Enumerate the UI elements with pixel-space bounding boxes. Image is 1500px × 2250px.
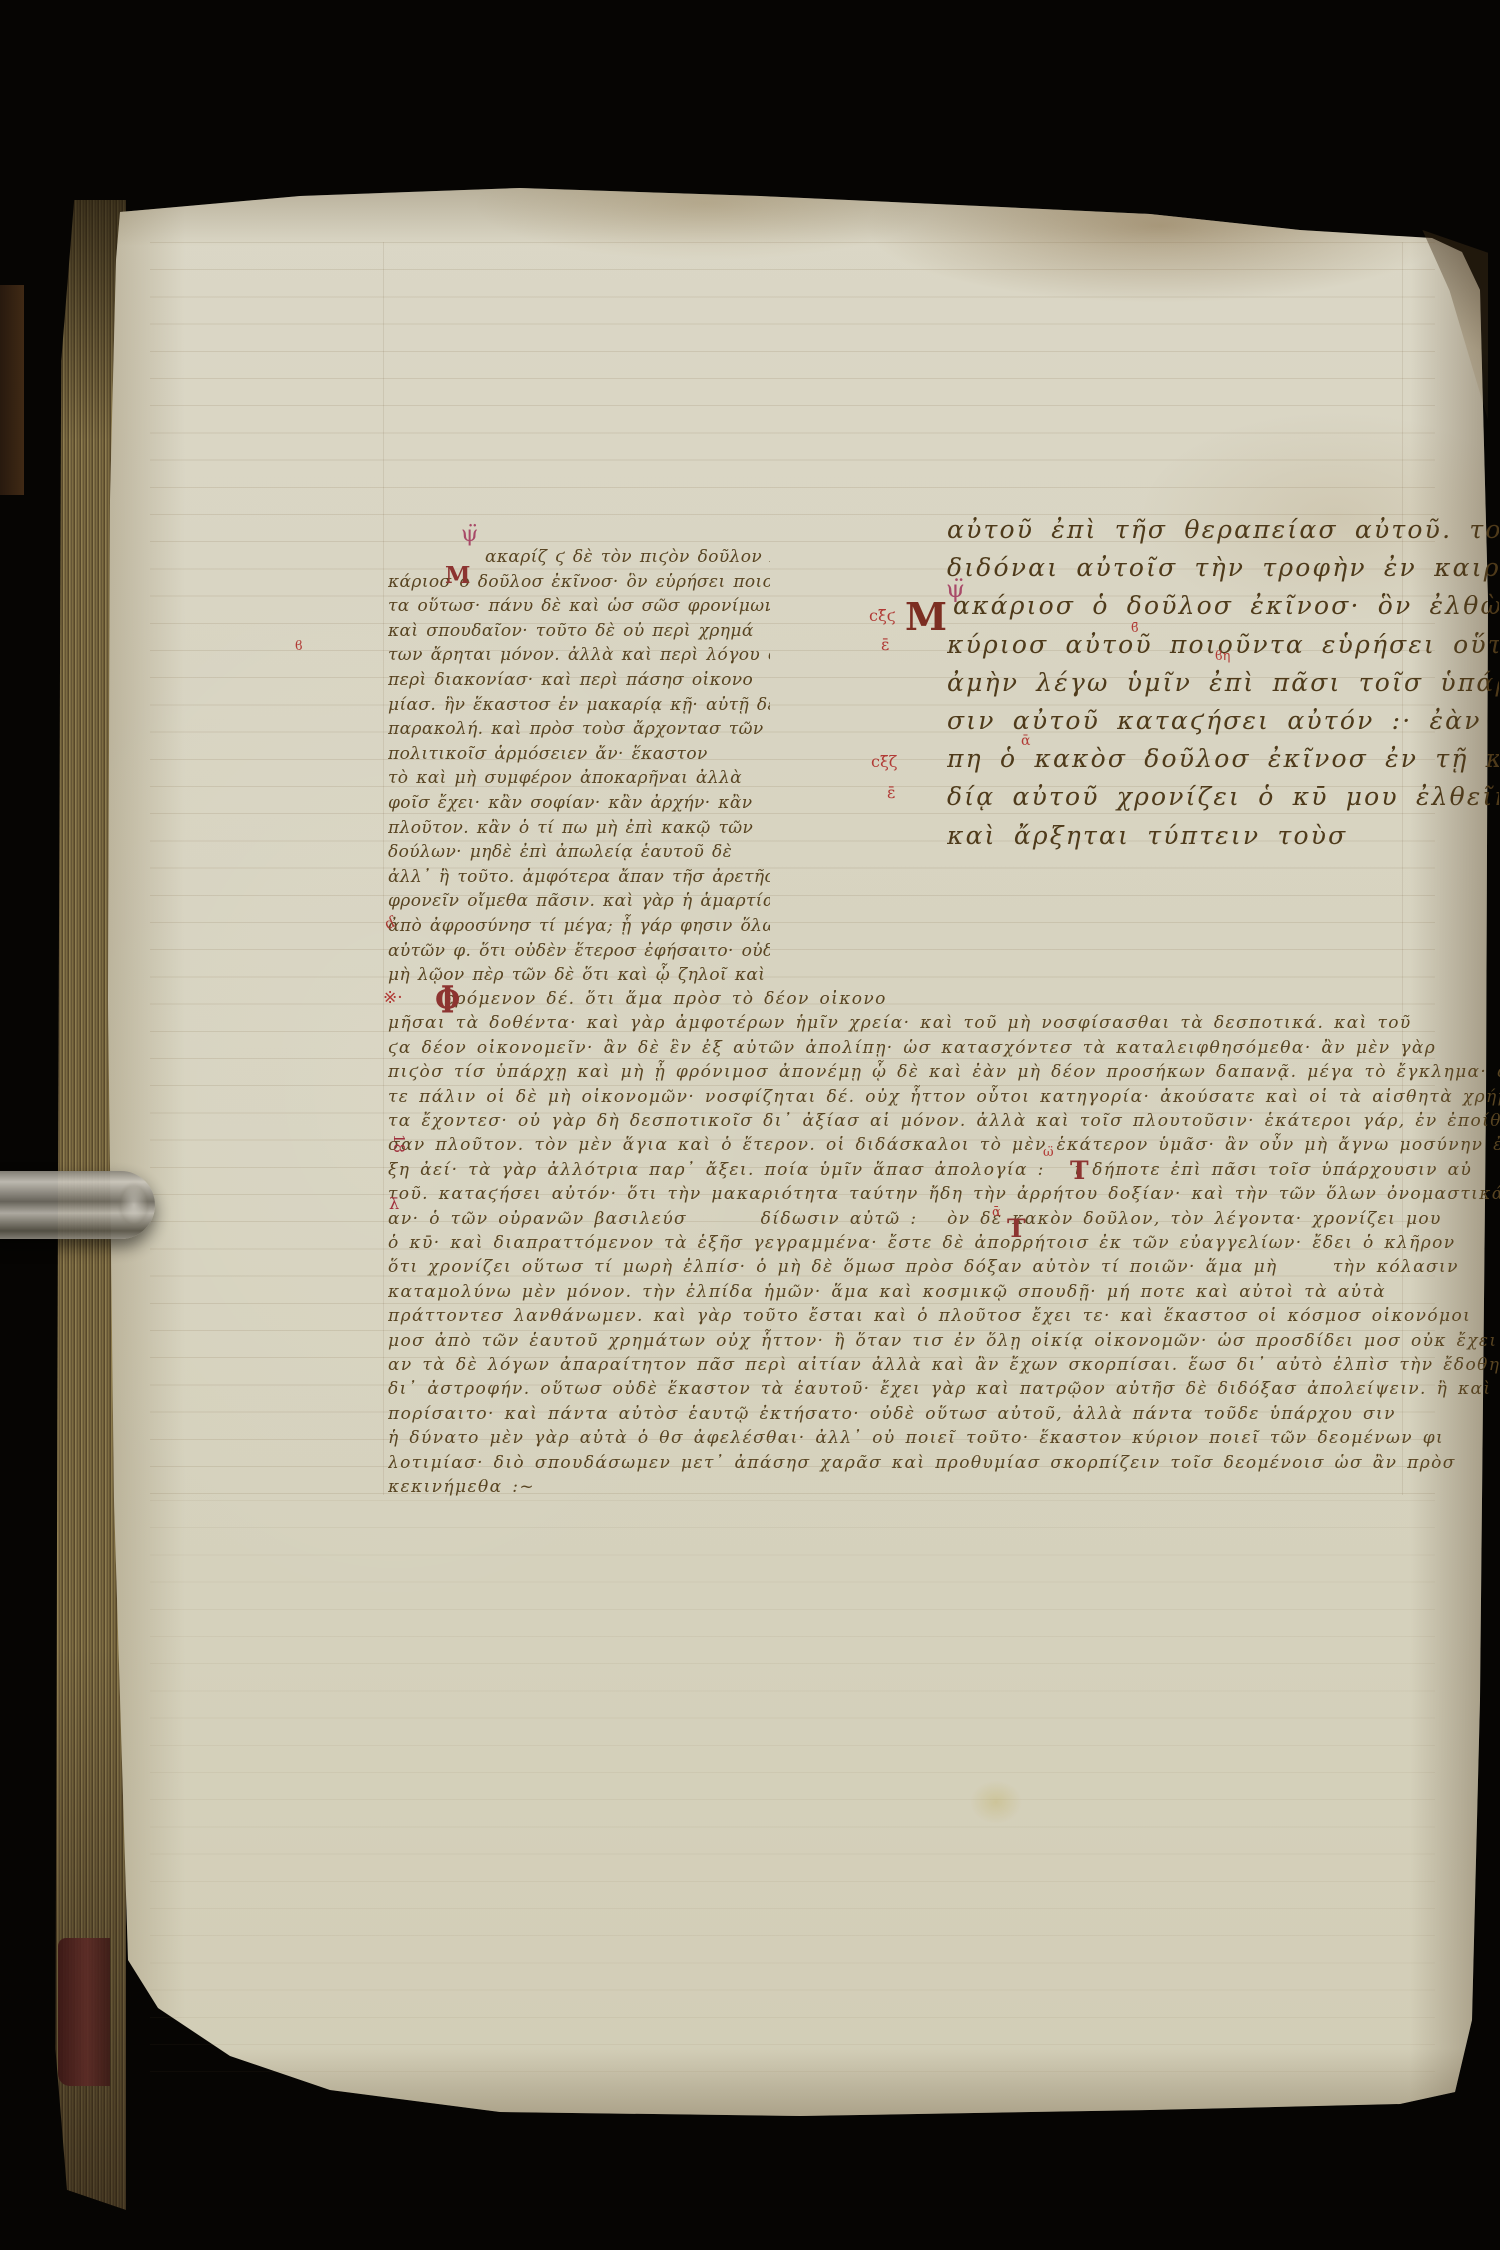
text-line: αν τὰ δὲ λόγων ἀπαραίτητον πᾶσ περὶ αἰτί… [388,1356,1500,1376]
text-line: πιϛὸσ τίσ ὑπάρχῃ καὶ μὴ ᾖ φρόνιμοσ ἀπονέ… [388,1063,1500,1083]
right-column-gospel-text: αὐτοῦ ἐπὶ τῆσ θεραπείασ αὐτοῦ. τοῦδιδόνα… [947,516,1499,868]
rubricated-initial-m-left: Μ [445,564,470,587]
kephalaion-number: λ̄ [389,1196,399,1212]
text-line: ἀλλ᾽ ἢ τοῦτο. ἀμφότερα ἄπαν τῆσ ἀρετῆσ [388,868,770,888]
text-line: σαν πλοῦτον. τὸν μὲν ἅγια καὶ ὁ ἕτερον. … [388,1136,1500,1156]
text-line: φοῖσ ἔχει· κἂν σοφίαν· κἂν ἀρχήν· κἂν [388,794,752,814]
glass-page-weight [0,1171,155,1239]
text-line: ακάριοσ ὁ δοῦλοσ ἐκῖνοσ· ὃν ἐλθὼν ὁ [953,592,1499,621]
cross-symbol-icon: ψ̈ [461,524,478,546]
glass-page-weight-tip [117,1181,151,1229]
text-line: μίασ. ἣν ἕκαστοσ ἐν μακαρίᾳ κῇ· αὐτῇ δὲ … [388,696,770,716]
text-line: ἀμὴν λέγω ὑμῖν ἐπὶ πᾶσι τοῖσ ὑπάρχου [947,669,1499,698]
quire-number: 18 [391,1134,406,1153]
text-line: τὸ καὶ μὴ συμφέρον ἀποκαρῆναι ἀλλὰ [388,769,742,789]
text-line: τα ἔχοντεσ· οὐ γὰρ δὴ δεσποτικοῖσ δι᾽ ἀξ… [388,1112,1500,1132]
binding-edge [58,1938,110,2086]
text-line: ἀπὸ ἀφροσύνησ τί μέγα; ᾗ γάρ φησιν ὅλων [388,917,770,937]
text-line: παρακολή. καὶ πρὸσ τοὺσ ἄρχοντασ τῶν [388,720,764,740]
text-line: περὶ διακονίασ· καὶ περὶ πάσησ οἰκονο [388,671,753,691]
left-margin-rule [383,242,384,1495]
text-line: δι᾽ ἀστροφήν. οὕτωσ οὐδὲ ἕκαστον τὰ ἑαυτ… [388,1380,1500,1400]
rubricated-initial-phi: Φ [435,982,460,1019]
book-cover-edge [0,285,24,495]
text-line: μῆσαι τὰ δοθέντα· καὶ γὰρ ἀμφοτέρων ἡμῖν… [388,1014,1412,1034]
eusebian-section-number-lower: ϲξ̄ζ [871,754,897,770]
lower-commentary-block: ερόμενον δέ. ὅτι ἅμα πρὸσ τὸ δέον οἰκονο… [388,990,1500,1506]
text-line: ακαρίζ ϛ δὲ τὸν πιϛὸν δοῦλον λάβην μα [485,548,770,568]
rubricated-initial-tau-1: Τ [1070,1158,1089,1183]
text-line: τοῦ. καταϛήσει αὐτόν· ὅτι τὴν μακαριότητ… [388,1185,1500,1205]
text-line: δούλων· μηδὲ ἐπὶ ἀπωλείᾳ ἑαυτοῦ δὲ [388,843,732,863]
eusebian-canon-number-lower: ε̄ [887,785,895,801]
rubricated-initial-m-right: Μ [905,598,945,636]
text-line: ὁ κῡ· καὶ διαπραττόμενον τὰ ἑξῆσ γεγραμμ… [388,1234,1455,1254]
eusebian-canon-number-upper: ε̄ [881,637,889,653]
text-line: φρονεῖν οἴμεθα πᾶσιν. καὶ γὰρ ἡ ἁμαρτία. [388,892,770,912]
text-line: των ἄρηται μόνον. ἀλλὰ καὶ περὶ λόγου σ [388,646,770,666]
text-line: τε πάλιν οἱ δὲ μὴ οἰκονομῶν· νοσφίζηται … [388,1088,1500,1108]
text-line: ἡ δύνατο μὲν γὰρ αὐτὰ ὁ θσ ἀφελέσθαι· ἀλ… [388,1429,1444,1449]
text-line: δίᾳ αὐτοῦ χρονίζει ὁ κῡ μου ἐλθεῖν. [947,783,1499,812]
text-line: πορίσαιτο· καὶ πάντα αὐτὸσ ἑαυτῷ ἐκτήσατ… [388,1405,1396,1425]
text-line: ξη ἀεί· τὰ γὰρ ἀλλότρια παρ᾽ ἄξει. ποία … [388,1161,1472,1181]
eusebian-section-number-upper: ϲξ̄ϛ [869,608,896,624]
text-line: πολιτικοῖσ ἁρμόσειεν ἄν· ἕκαστον [388,745,708,765]
text-line: σιν αὐτοῦ καταϛήσει αὐτόν :· ἐὰν δὲ εἴ [947,707,1499,736]
interlinear-chapter-mark: ϐη [1215,650,1230,663]
text-line: κεκινήμεθα :~ [388,1478,535,1498]
interlinear-chapter-mark: ϐ̄ [1131,622,1139,635]
cross-symbol-icon: ψ̈ [946,577,965,601]
text-line: πη ὁ κακὸσ δοῦλοσ ἐκῖνοσ ἐν τῇ καρ [947,745,1499,774]
text-line: ερόμενον δέ. ὅτι ἅμα πρὸσ τὸ δέον οἰκονο [445,990,887,1010]
text-line: αὐτῶν φ. ὅτι οὐδὲν ἕτεροσ ἐφήσαιτο· οὐδὲ… [388,942,770,962]
text-line: πράττοντεσ λανθάνωμεν. καὶ γὰρ τοῦτο ἔστ… [388,1307,1471,1327]
text-line: αν· ὁ τῶν οὐρανῶν βασιλεύσ δίδωσιν αὐτῶ … [388,1210,1442,1230]
left-column-commentary: ακαρίζ ϛ δὲ τὸν πιϛὸν δοῦλον λάβην μακάρ… [388,548,770,1000]
text-line: μοσ ἀπὸ τῶν ἑαυτοῦ χρημάτων οὐχ ἧττον· ἢ… [388,1332,1500,1352]
text-line: λοτιμίασ· διὸ σπουδάσωμεν μετ᾽ ἀπάσησ χα… [388,1454,1456,1474]
text-line: καὶ ἄρξηται τύπτειν τοὺσ [947,822,1347,851]
text-line: ϛα δέον οἰκονομεῖν· ἂν δὲ ἓν ἐξ αὐτῶν ἀπ… [388,1039,1436,1059]
interlinear-alpha-mark: ᾱ [1021,734,1030,748]
text-line: αὐτοῦ ἐπὶ τῆσ θεραπείασ αὐτοῦ. τοῦ [947,516,1499,545]
interlinear-omega-mark: ω̈ [1043,1146,1054,1159]
margin-asterisk-mark: ※· [383,990,403,1007]
ruling-lines-lower [150,1500,1435,2090]
interlinear-alpha-mark: ᾱ [992,1206,1001,1219]
text-line: ὅτι χρονίζει οὕτωσ τί μωρὴ ἐλπίσ· ὁ μὴ δ… [388,1258,1459,1278]
margin-small-mark: ϐ [295,640,303,653]
text-line: καὶ σπουδαῖον· τοῦτο δὲ οὐ περὶ χρημά [388,622,754,642]
text-line: καταμολύνω μὲν μόνον. τὴν ἐλπίδα ἡμῶν· ἅ… [388,1283,1386,1303]
text-line: διδόναι αὐτοῖσ τὴν τροφὴν ἐν καιρῷ· [947,554,1499,583]
text-line: τα οὕτωσ· πάνυ δὲ καὶ ὡσ σῶσ φρονίμων [388,597,770,617]
text-line: πλοῦτον. κἂν ὁ τί πω μὴ ἐπὶ κακῷ τῶν [388,819,753,839]
rubricated-initial-tau-2: Τ [1007,1216,1026,1241]
